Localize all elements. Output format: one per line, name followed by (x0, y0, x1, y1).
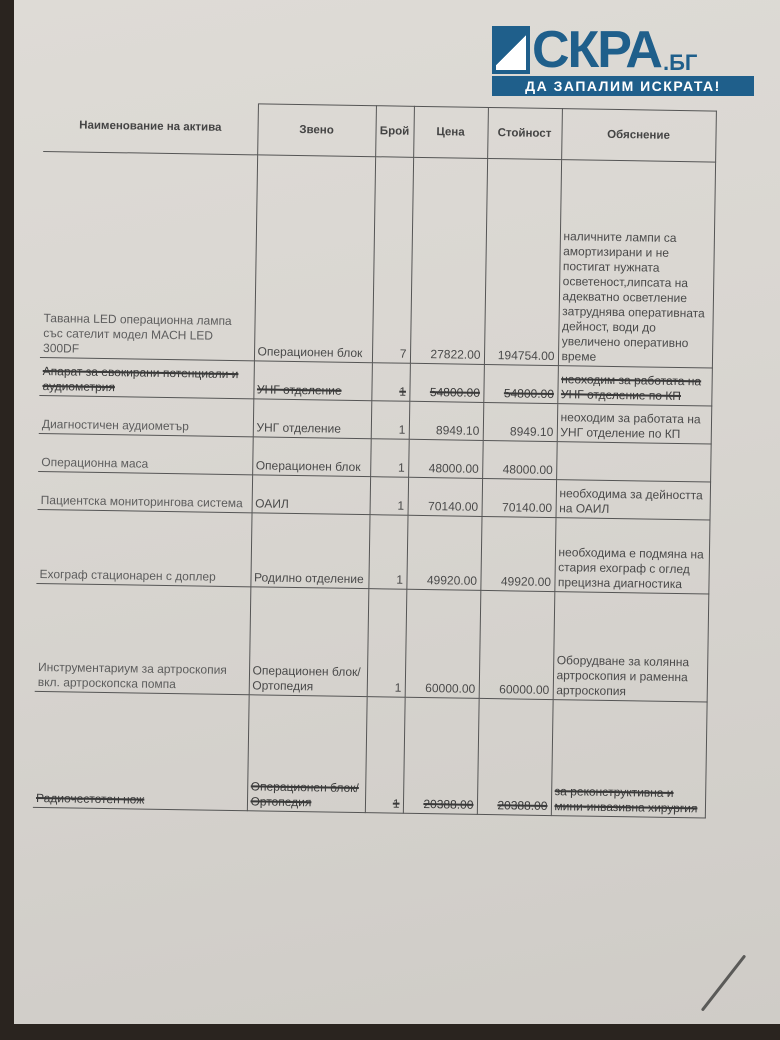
header-qty: Брой (375, 106, 414, 158)
explanation-cell: за реконструктивна и мини-инвазивна хиру… (551, 700, 707, 818)
unit-cell: УНГ отделение (253, 361, 372, 401)
value-cell-text: 194754.00 (498, 348, 555, 363)
price-cell: 27822.00 (410, 157, 487, 364)
asset-name-cell: Диагностичен аудиометър (39, 395, 254, 436)
unit-cell: Операционен блок/ Ортопедия (247, 695, 367, 813)
qty-cell: 1 (368, 515, 407, 590)
unit-cell-text: ОАИЛ (255, 496, 289, 511)
unit-cell-text: УНГ отделение (256, 420, 341, 435)
header-value: Стойност (487, 107, 562, 159)
asset-name-cell-text: Ехограф стационарен с доплер (39, 567, 215, 584)
table-row: Инструментариум за артроскопия вкл. артр… (35, 583, 709, 702)
asset-name-cell: Инструментариум за артроскопия вкл. артр… (35, 583, 251, 694)
qty-cell: 1 (370, 439, 409, 478)
unit-cell-text: Операционен блок (257, 344, 362, 360)
explanation-cell-text: необходима е подмяна на стария ехограф с… (558, 545, 704, 591)
asset-name-cell: Пациентска мониторингова система (38, 471, 253, 512)
explanation-cell-text: необходима за дейността на ОАИЛ (559, 486, 703, 516)
qty-cell: 1 (371, 401, 410, 440)
price-cell-text: 49920.00 (427, 573, 477, 588)
header-unit: Звено (257, 104, 376, 157)
explanation-cell-text: неоходим за работата на УНГ отделение по… (560, 410, 700, 441)
explanation-cell-text: неоходим за работата на УНГ отделение по… (561, 372, 701, 403)
explanation-cell (556, 442, 711, 482)
unit-cell: Операционен блок (252, 437, 371, 477)
value-cell-text: 20388.00 (497, 798, 547, 813)
qty-cell-text: 1 (395, 681, 402, 695)
explanation-cell: неоходим за работата на УНГ отделение по… (557, 404, 712, 444)
header-explanation: Обяснение (561, 109, 716, 162)
logo-word: СКРА (532, 26, 661, 74)
price-cell: 60000.00 (405, 589, 481, 698)
asset-name-cell-text: Диагностичен аудиометър (42, 417, 189, 433)
asset-name-cell-text: Инструментариум за артроскопия вкл. артр… (38, 660, 227, 691)
explanation-cell: наличните лампи са амортизирани и не пос… (558, 160, 715, 368)
table-row: Таванна LED операционна лампа със сатели… (40, 151, 715, 368)
asset-name-cell: Таванна LED операционна лампа със сатели… (40, 151, 257, 360)
value-cell: 194754.00 (484, 158, 561, 365)
qty-cell: 1 (371, 363, 410, 402)
explanation-cell-text: Оборудване за колянна артроскопия и раме… (556, 653, 689, 698)
price-cell-text: 20388.00 (423, 797, 473, 812)
price-cell: 8949.10 (409, 401, 484, 440)
unit-cell: УНГ отделение (253, 399, 372, 439)
logo-wordmark: СКРА .БГ (492, 26, 697, 74)
value-cell-text: 54800.00 (504, 386, 554, 401)
value-cell: 60000.00 (479, 590, 555, 699)
explanation-cell: необходима за дейността на ОАИЛ (556, 480, 711, 520)
table-row: Радиочестотен ножОперационен блок/ Ортоп… (33, 691, 707, 818)
qty-cell-text: 7 (400, 347, 407, 361)
logo-slogan: ДА ЗАПАЛИМ ИСКРАТА! (492, 76, 754, 96)
value-cell: 49920.00 (480, 516, 555, 591)
asset-name-cell: Операционна маса (38, 433, 253, 474)
value-cell-text: 48000.00 (503, 462, 553, 477)
explanation-cell: неоходим за работата на УНГ отделение по… (557, 366, 712, 406)
explanation-cell: необходима е подмяна на стария ехограф с… (554, 518, 709, 594)
price-cell: 70140.00 (408, 477, 483, 516)
logo-tld: .БГ (663, 52, 697, 74)
value-cell: 54800.00 (483, 364, 558, 403)
asset-name-cell-text: Апарат за евокирани потенциали и аудиоме… (42, 364, 238, 394)
price-cell: 20388.00 (403, 697, 479, 814)
asset-name-cell: Радиочестотен нож (33, 691, 249, 810)
asset-name-cell-text: Радиочестотен нож (36, 791, 144, 807)
qty-cell-text: 1 (399, 423, 406, 437)
table-row: Ехограф стационарен с доплерРодилно отде… (36, 509, 709, 594)
header-price: Цена (413, 106, 488, 158)
qty-cell-text: 1 (393, 797, 400, 811)
price-cell-text: 8949.10 (436, 423, 480, 438)
price-cell: 48000.00 (408, 439, 483, 478)
price-cell: 49920.00 (406, 515, 481, 590)
value-cell: 20388.00 (477, 698, 553, 815)
unit-cell-text: Родилно отделение (254, 570, 364, 586)
unit-cell-text: Операционен блок/ Ортопедия (252, 663, 361, 693)
value-cell: 48000.00 (482, 440, 557, 479)
value-cell: 8949.10 (483, 402, 558, 441)
iskra-logo: СКРА .БГ ДА ЗАПАЛИМ ИСКРАТА! (492, 26, 754, 96)
unit-cell-text: Операционен блок (256, 458, 361, 474)
asset-name-cell: Ехограф стационарен с доплер (36, 509, 251, 586)
asset-table: Наименование на актива Звено Брой Цена С… (33, 100, 717, 818)
header-name: Наименование на актива (43, 100, 258, 154)
qty-cell-text: 1 (399, 385, 406, 399)
price-cell: 54800.00 (409, 363, 484, 402)
explanation-cell: Оборудване за колянна артроскопия и раме… (553, 592, 709, 702)
explanation-cell-text: за реконструктивна и мини-инвазивна хиру… (554, 784, 697, 815)
price-cell-text: 48000.00 (429, 461, 479, 476)
logo-letter-i-icon (492, 26, 530, 74)
value-cell-text: 49920.00 (501, 574, 551, 589)
price-cell-text: 60000.00 (425, 681, 475, 696)
price-cell-text: 27822.00 (430, 347, 480, 362)
unit-cell: Операционен блок/ Ортопедия (249, 587, 369, 697)
price-cell-text: 70140.00 (428, 499, 478, 514)
value-cell-text: 8949.10 (510, 424, 554, 439)
qty-cell-text: 1 (396, 573, 403, 587)
unit-cell-text: УНГ отделение (257, 382, 342, 397)
asset-name-cell-text: Таванна LED операционна лампа със сатели… (43, 311, 232, 356)
asset-document: Наименование на актива Звено Брой Цена С… (33, 100, 716, 818)
value-cell: 70140.00 (482, 478, 557, 517)
qty-cell: 7 (372, 157, 413, 364)
qty-cell: 1 (370, 477, 409, 516)
unit-cell-text: Операционен блок/ Ортопедия (250, 779, 359, 809)
price-cell-text: 54800.00 (430, 385, 480, 400)
unit-cell: Родилно отделение (250, 513, 369, 589)
asset-name-cell-text: Пациентска мониторингова система (41, 493, 243, 510)
qty-cell: 1 (367, 589, 407, 698)
unit-cell: Операционен блок (254, 155, 375, 363)
asset-name-cell: Апарат за евокирани потенциали и аудиоме… (39, 357, 254, 398)
explanation-cell-text: наличните лампи са амортизирани и не пос… (561, 229, 704, 364)
value-cell-text: 70140.00 (502, 500, 552, 515)
value-cell-text: 60000.00 (499, 682, 549, 697)
unit-cell: ОАИЛ (252, 475, 371, 515)
qty-cell-text: 1 (398, 461, 405, 475)
qty-cell: 1 (365, 697, 405, 814)
asset-name-cell-text: Операционна маса (41, 455, 148, 471)
qty-cell-text: 1 (397, 499, 404, 513)
